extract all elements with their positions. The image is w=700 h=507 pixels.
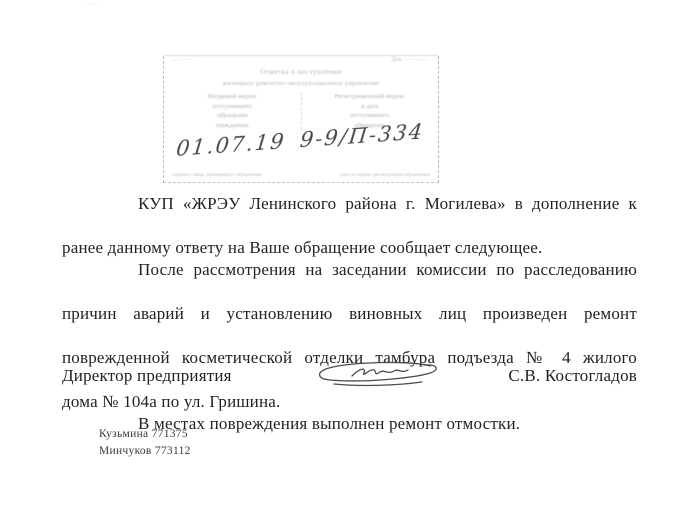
body-line: причин аварий и установлению виновных ли… xyxy=(62,303,637,347)
stamp-bottom-right-caption: дата и индекс регистрации обращения xyxy=(340,171,430,180)
stamp-left-line: обращения xyxy=(170,111,295,121)
signature-scribble xyxy=(314,356,446,395)
stamp-left-line: поступившего xyxy=(170,102,295,112)
footer-contacts: Кузьмина 771375 Минчуков 773112 xyxy=(99,426,191,460)
registration-stamp: — ·· — Доп ··— · —·· Отметка о поступлен… xyxy=(163,56,439,183)
body-line: КУП «ЖРЭУ Ленинского района г. Могилева»… xyxy=(62,193,637,237)
handwritten-registration-number: 9-9/П-334 xyxy=(299,127,424,145)
letter-body: КУП «ЖРЭУ Ленинского района г. Могилева»… xyxy=(62,193,637,435)
handwritten-date: 01.07.19 xyxy=(176,137,286,154)
scan-smudge-mark: · — ··· xyxy=(84,2,105,7)
contact-line: Кузьмина 771375 xyxy=(99,426,191,443)
stamp-handwritten-entries: 01.07.19 9-9/П-334 xyxy=(164,126,438,154)
stamp-left-line: гражданина xyxy=(170,121,295,131)
contact-line: Минчуков 773112 xyxy=(99,443,191,460)
stamp-right-line: и дата xyxy=(308,102,433,112)
stamp-top-right-fragment: Доп ··— · —·· xyxy=(391,56,428,65)
stamp-top-row: — ·· — Доп ··— · —·· xyxy=(164,55,438,65)
stamp-subtitle: жилищное ремонтно-эксплуатационное управ… xyxy=(164,79,438,88)
stamp-bottom-row: подпись лица, принявшего обращение дата … xyxy=(164,171,438,180)
stamp-top-left-fragment: — ·· — xyxy=(174,56,193,65)
stamp-title: Отметка о поступлении xyxy=(164,68,438,77)
signer-position-title: Директор предприятия xyxy=(62,366,232,386)
scanned-letter-page: · — ··· — ·· — Доп ··— · —·· Отметка о п… xyxy=(0,0,700,507)
signature-row: Директор предприятия С.В. Костогладов xyxy=(62,356,637,395)
stamp-right-line: Регистрационный индекс xyxy=(308,92,433,102)
body-line: После рассмотрения на заседании комиссии… xyxy=(62,259,637,303)
body-line: ранее данному ответу на Ваше обращение с… xyxy=(62,237,637,259)
stamp-left-line: Входящий индекс xyxy=(170,92,295,102)
signer-name: С.В. Костогладов xyxy=(508,366,637,386)
stamp-left-column: Входящий индекс поступившего обращения г… xyxy=(164,92,302,130)
stamp-bottom-left-caption: подпись лица, принявшего обращение xyxy=(172,171,262,180)
